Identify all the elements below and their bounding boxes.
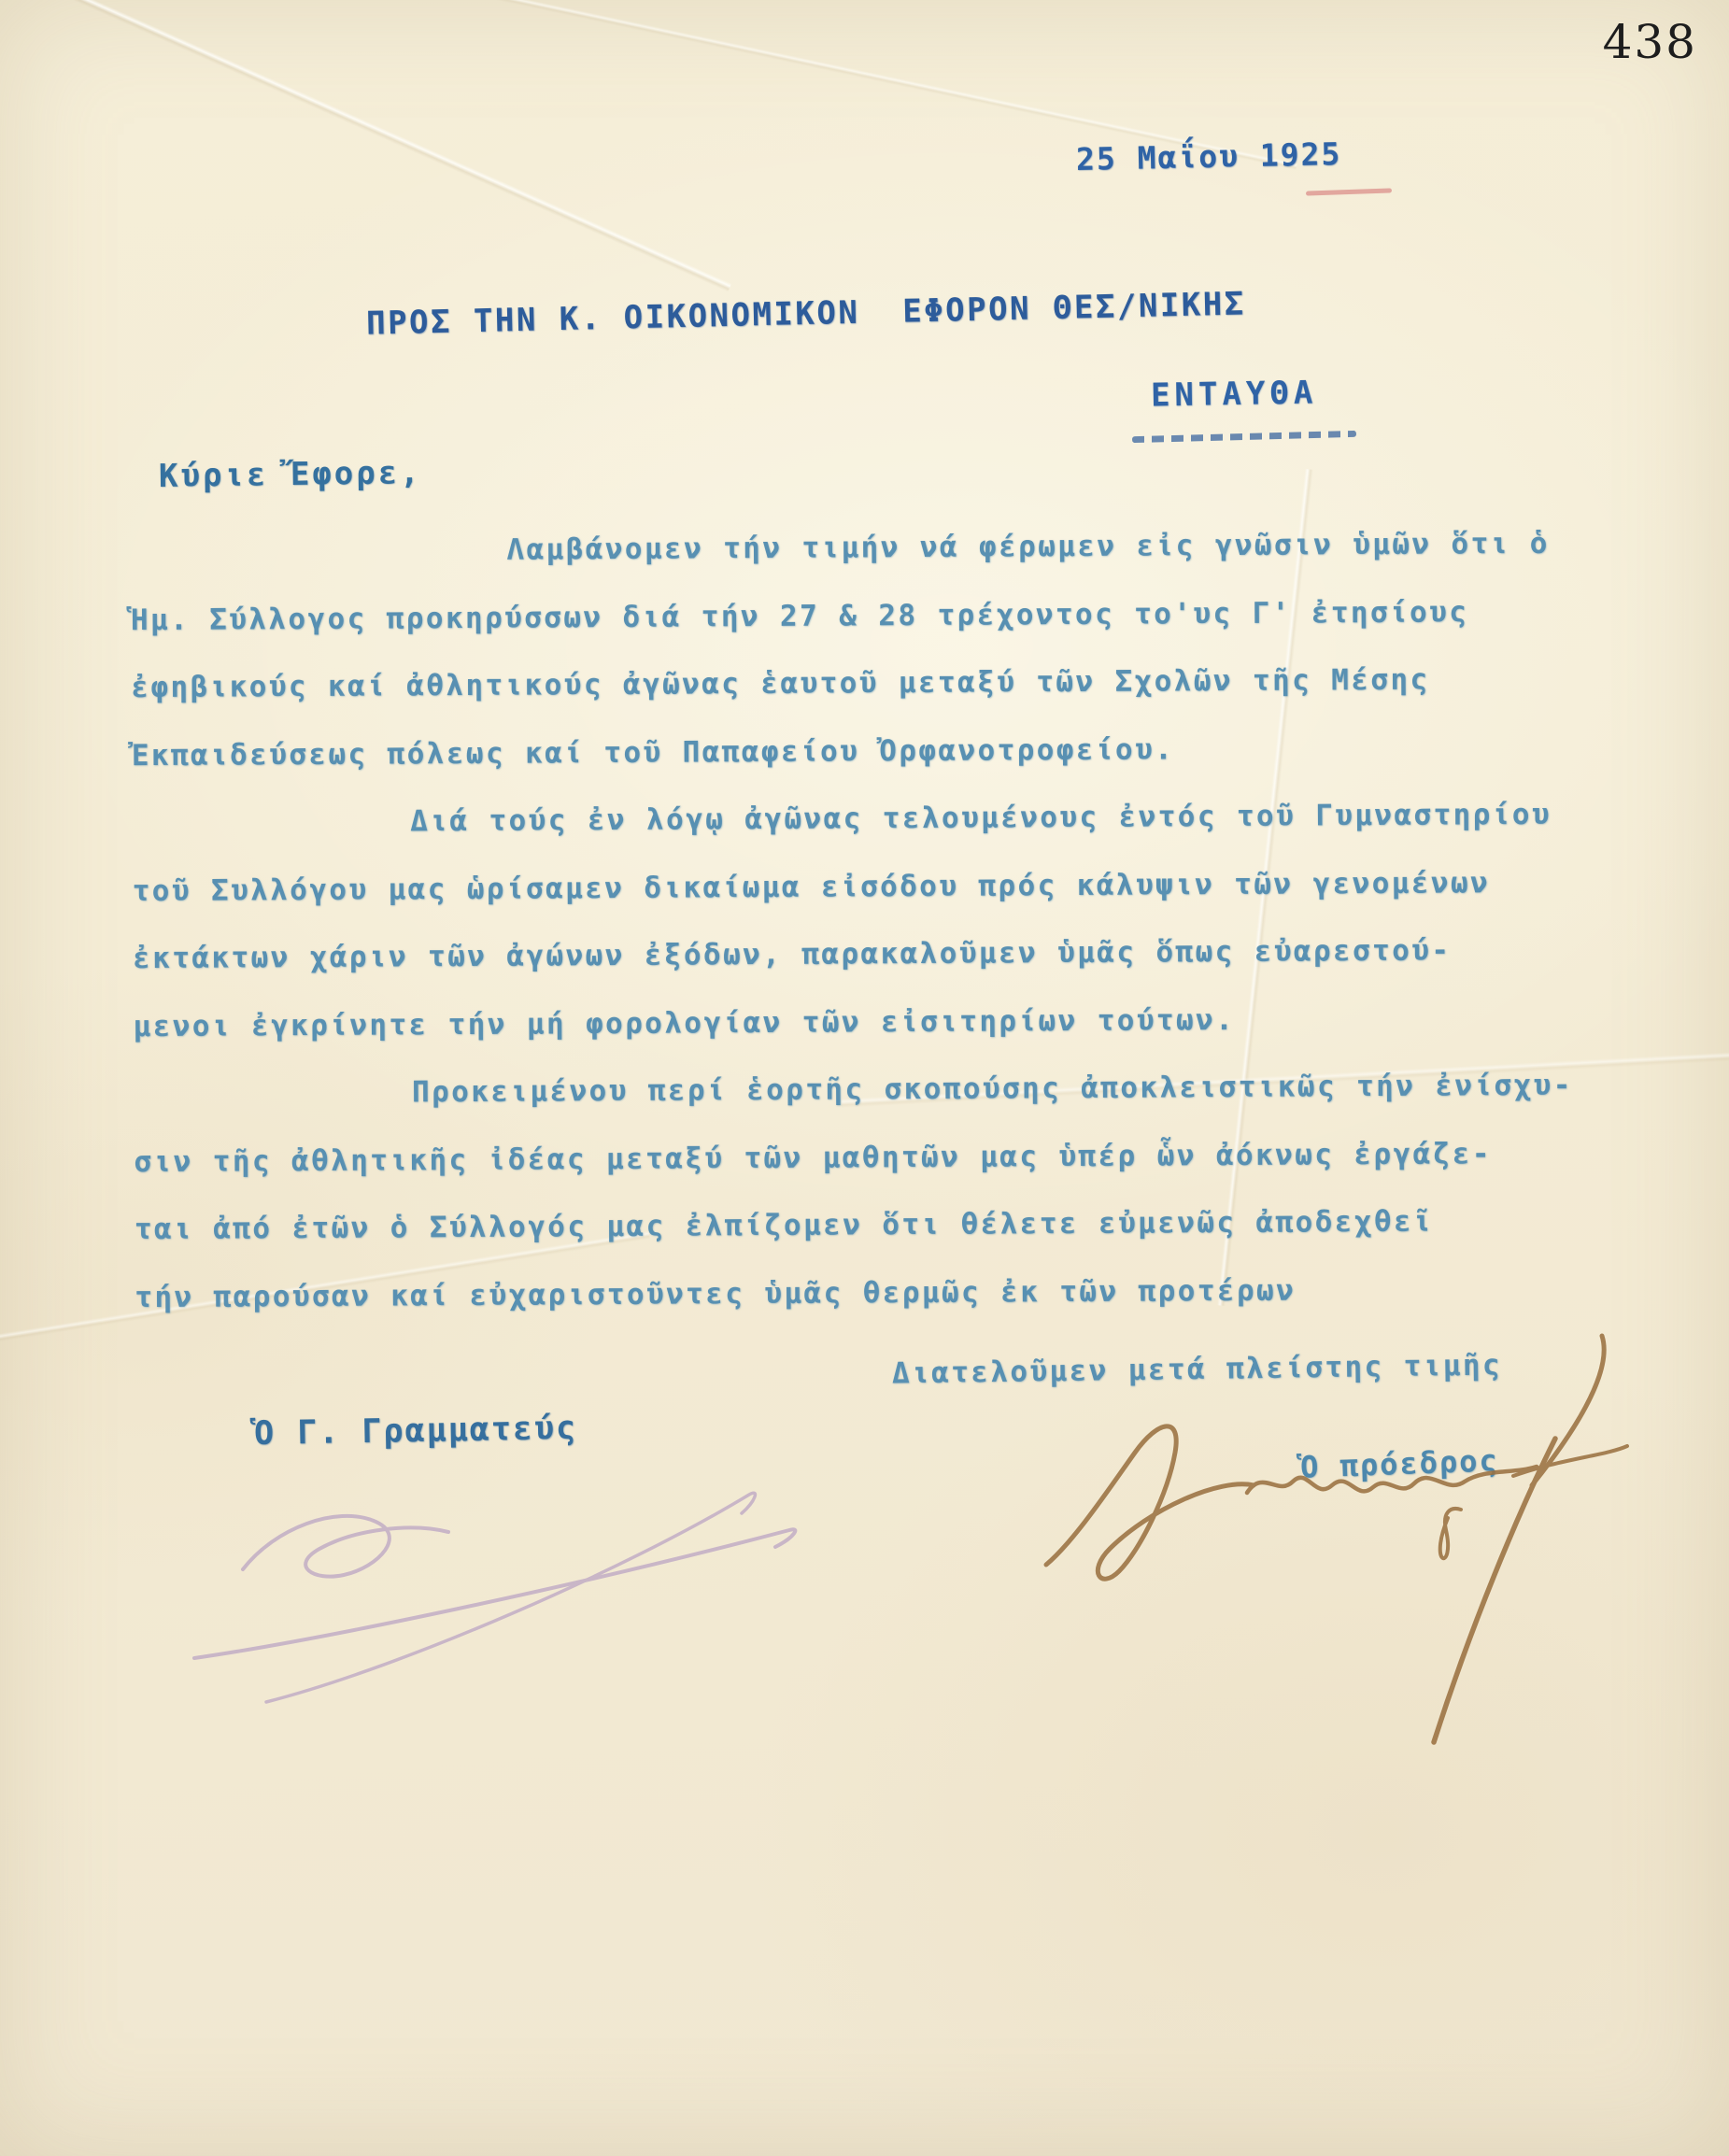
letter-body-line: Λαμβάνομεν τήν τιμήν νά φέρωμεν εἰς γνῶσ… [130, 526, 1708, 603]
letter-body-line: ἐφηβικούς καί ἀθλητικούς ἀγῶνας ἑαυτοῦ μ… [131, 661, 1709, 739]
letter-body-line: μενοι ἐγκρίνητε τήν μή φορολογίαν τῶν εἰ… [133, 1000, 1711, 1077]
location-line: ΕΝΤΑΥΘΑ [1151, 374, 1318, 414]
letter-body-line: Διά τούς ἐν λόγῳ ἀγῶνας τελουμένους ἐντό… [132, 797, 1710, 874]
archive-page-number: 438 [1603, 15, 1697, 69]
president-ink-signature [1009, 1326, 1644, 1756]
secretary-pencil-signature [177, 1457, 850, 1719]
letter-body-line: Ἐκπαιδεύσεως πόλεως καί τοῦ Παπαφείου Ὀρ… [132, 729, 1710, 806]
letter-body-line: τοῦ Συλλόγου μας ὡρίσαμεν δικαίωμα εἰσόδ… [133, 864, 1711, 942]
scanned-letter-page: 438 25 Μαΐου 1925 ΠΡΟΣ ΤΗΝ Κ. ΟΙΚΟΝΟΜΙΚΟ… [0, 0, 1729, 2156]
letter-body-line: Ἡμ. Σύλλογος προκηρύσσων διά τήν 27 & 28… [131, 593, 1709, 671]
letter-body: Λαμβάνομεν τήν τιμήν νά φέρωμεν εἰς γνῶσ… [130, 526, 1713, 1348]
letter-date: 25 Μαΐου 1925 [1076, 135, 1342, 177]
location-dashed-underline [1132, 431, 1356, 443]
letter-body-line: Προκειμένου περί ἑορτῆς σκοπούσης ἀποκλε… [134, 1068, 1712, 1145]
paper-crease [0, 0, 731, 292]
letter-body-line: ἐκτάκτων χάριν τῶν ἀγώνων ἐξόδων, παρακα… [133, 932, 1711, 1010]
secretary-title: Ὁ Γ. Γραμματεύς [254, 1410, 578, 1453]
recipient-line: ΠΡΟΣ ΤΗΝ Κ. ΟΙΚΟΝΟΜΙΚΟΝ ΕΦΟΡΟΝ ΘΕΣ/ΝΙΚΗΣ [366, 285, 1246, 342]
letter-body-line: σιν τῆς ἀθλητικῆς ἰδέας μεταξύ τῶν μαθητ… [134, 1135, 1712, 1213]
date-red-underline [1306, 188, 1392, 195]
letter-body-line: ται ἀπό ἐτῶν ὁ Σύλλογός μας ἐλπίζομεν ὅτ… [135, 1203, 1713, 1281]
salutation: Κύριε Ἔφορε, [159, 454, 422, 495]
